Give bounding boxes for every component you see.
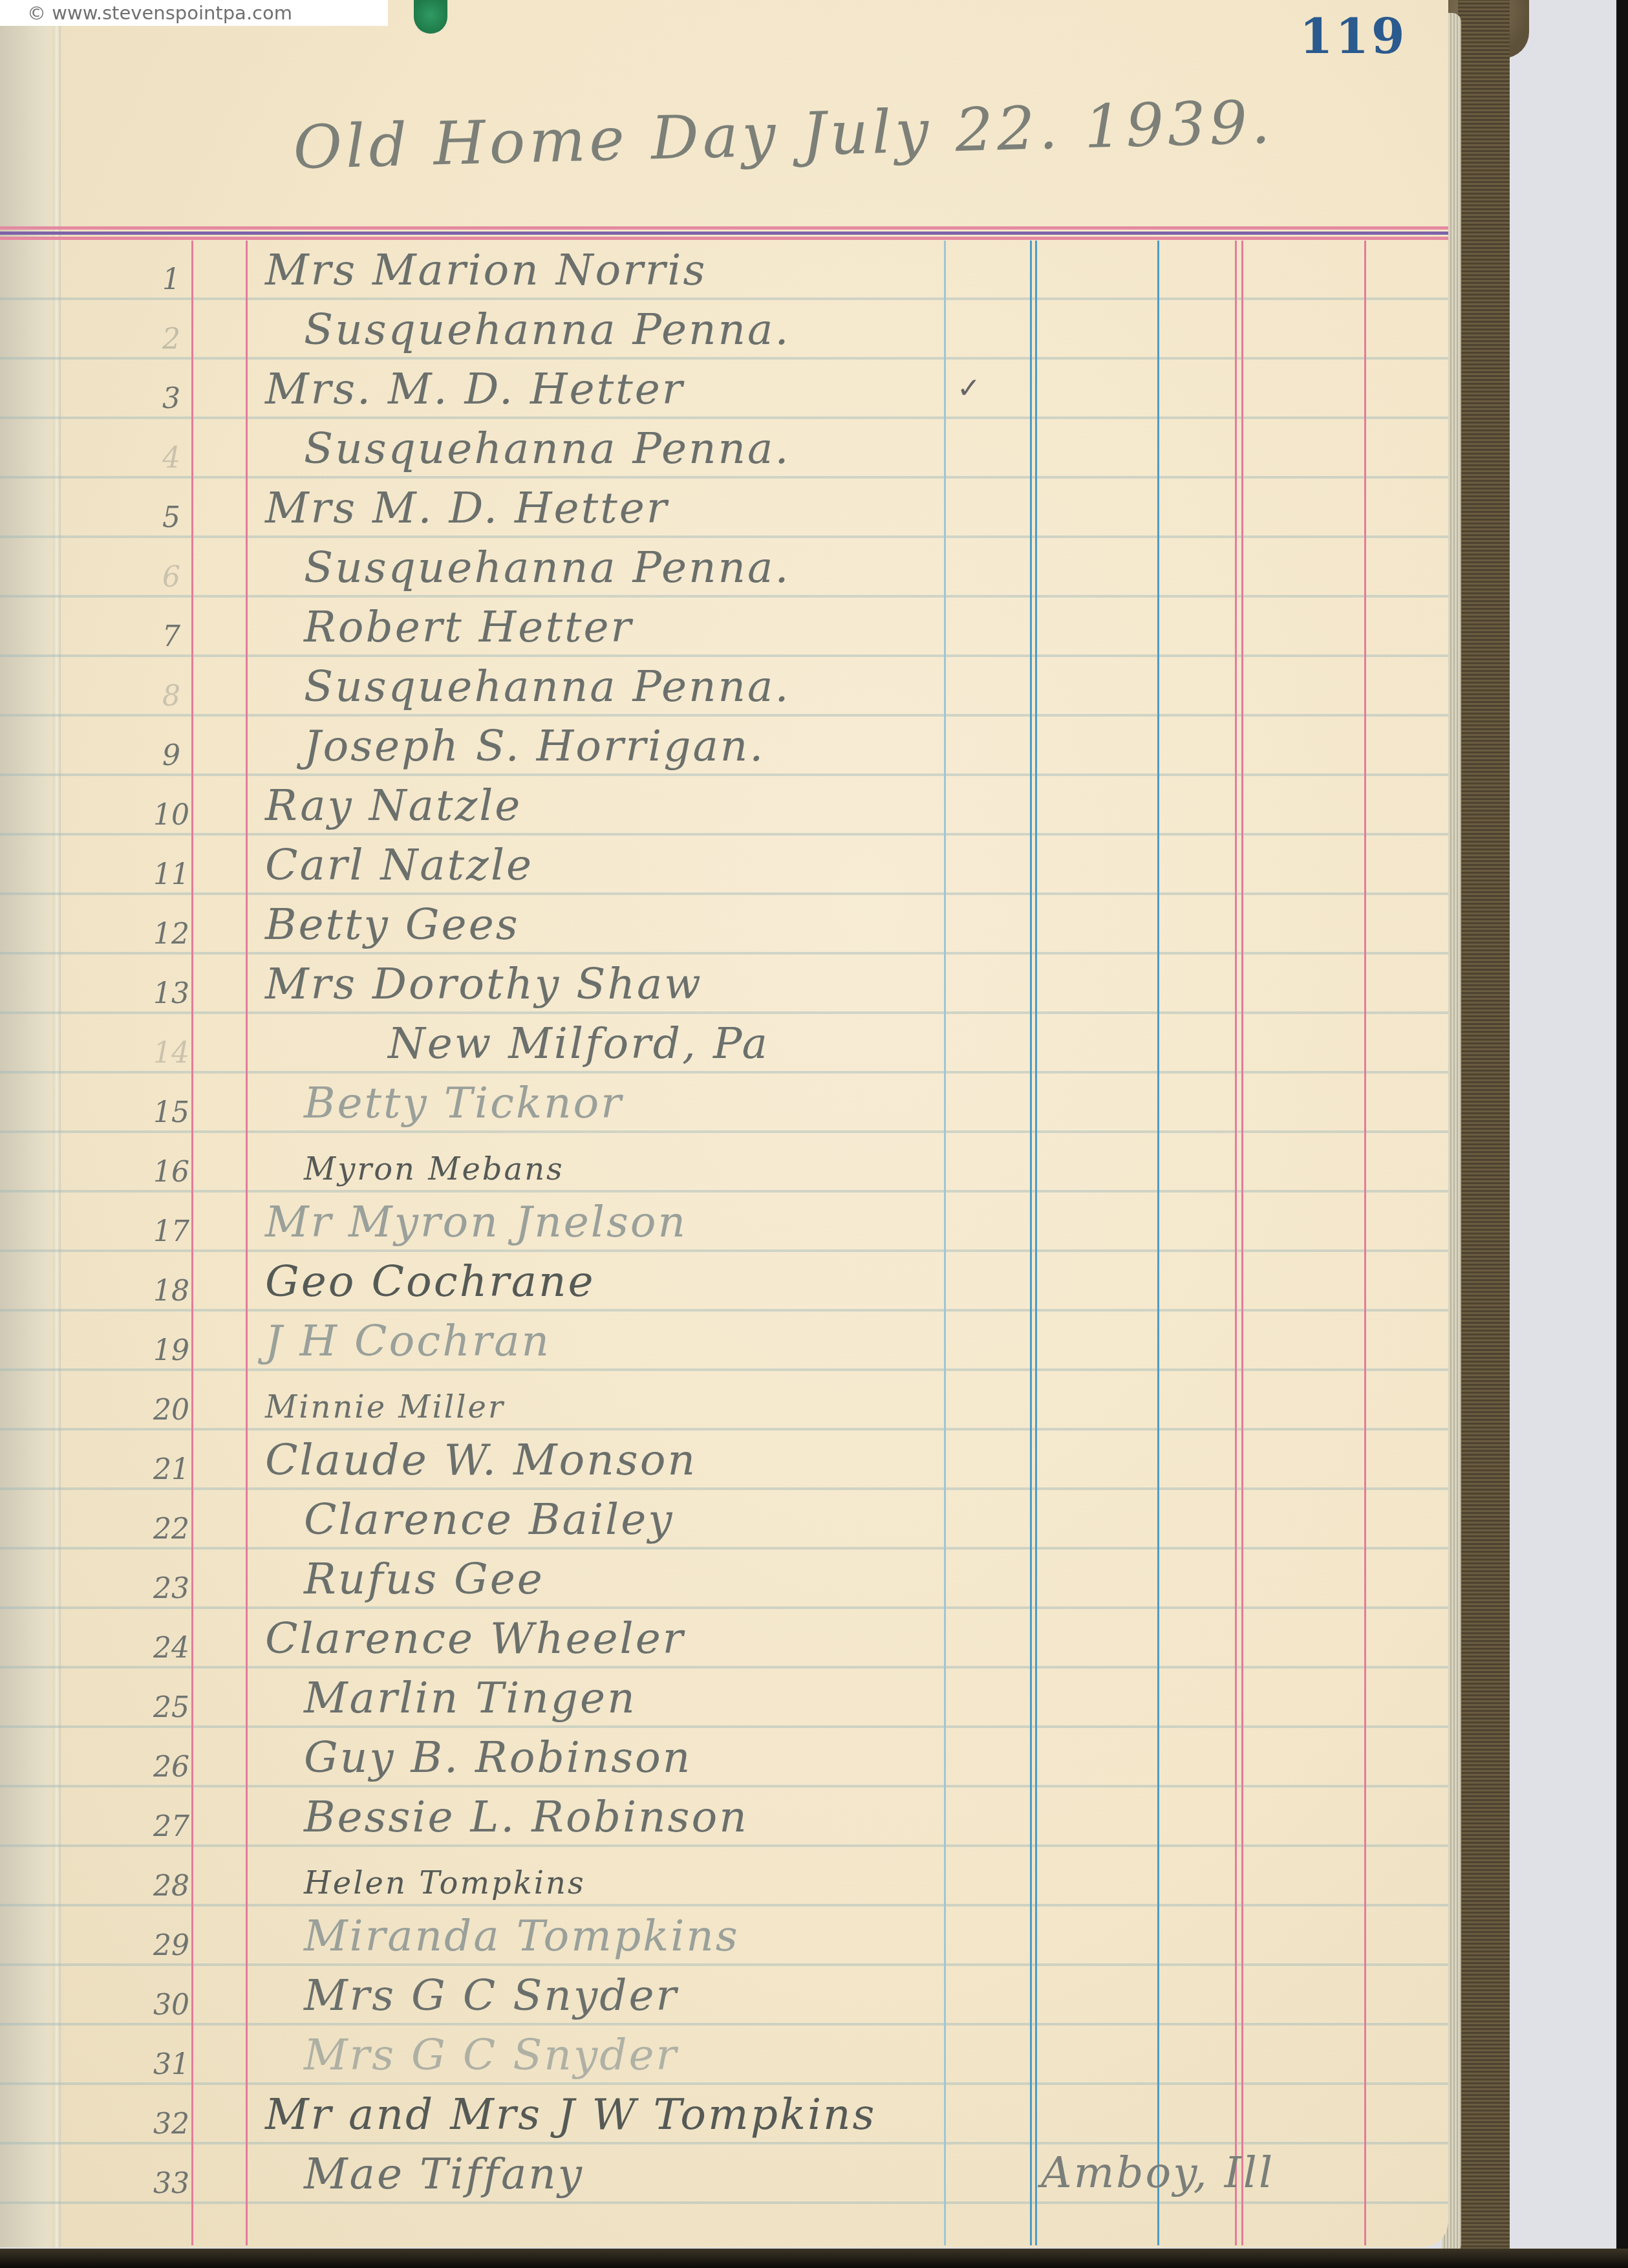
line-number: 6: [149, 561, 194, 594]
ink-blot: [414, 0, 447, 34]
list-item: 26 Guy B. Robinson: [0, 1728, 1448, 1787]
entry-text: Marlin Tingen: [304, 1673, 637, 1723]
list-item: 32 Mr and Mrs J W Tompkins: [0, 2085, 1448, 2144]
line-number: 5: [149, 501, 194, 534]
line-number: 10: [149, 799, 194, 832]
list-item: 28 Helen Tompkins: [0, 1847, 1448, 1906]
list-item: 17 Mr Myron Jnelson: [0, 1193, 1448, 1252]
entry-text: Mrs M. D. Hetter: [265, 483, 669, 533]
list-item: 6 Susquehanna Penna.: [0, 538, 1448, 598]
scan-bottom-shadow: [0, 2249, 1628, 2268]
list-item: 23 Rufus Gee: [0, 1550, 1448, 1609]
copyright-watermark: © www.stevenspointpa.com: [0, 0, 388, 26]
entry-text: Susquehanna Penna.: [304, 305, 790, 354]
entry-text: Susquehanna Penna.: [304, 424, 790, 473]
entry-text: Mr and Mrs J W Tompkins: [265, 2090, 876, 2139]
header-rule: [0, 226, 1448, 241]
entry-text: Joseph S. Horrigan.: [304, 721, 765, 771]
entry-text: Miranda Tompkins: [304, 1911, 740, 1961]
list-item: 10 Ray Natzle: [0, 776, 1448, 836]
line-number: 1: [149, 263, 194, 296]
line-number: 18: [149, 1275, 194, 1308]
line-number: 15: [149, 1096, 194, 1129]
entry-text: Betty Gees: [265, 900, 520, 949]
entry-text: Claude W. Monson: [265, 1435, 697, 1485]
entry-text: Susquehanna Penna.: [304, 662, 790, 711]
list-item: 4 Susquehanna Penna.: [0, 419, 1448, 479]
entry-text: Mrs. M. D. Hetter: [265, 364, 684, 414]
page-number: 119: [1300, 9, 1407, 65]
entry-text: Guy B. Robinson: [304, 1733, 692, 1782]
list-item: 8 Susquehanna Penna.: [0, 657, 1448, 717]
list-item: 20 Minnie Miller: [0, 1371, 1448, 1431]
line-number: 26: [149, 1751, 194, 1784]
entry-text: Susquehanna Penna.: [304, 543, 790, 592]
line-number: 25: [149, 1691, 194, 1724]
entry-text: Mrs Marion Norris: [265, 245, 707, 295]
line-number: 28: [149, 1870, 194, 1903]
line-number: 17: [149, 1215, 194, 1248]
list-item: 2 Susquehanna Penna.: [0, 300, 1448, 360]
list-item: 24 Clarence Wheeler: [0, 1609, 1448, 1669]
list-item: 16 Myron Mebans: [0, 1133, 1448, 1193]
list-item: 11 Carl Natzle: [0, 836, 1448, 895]
entry-text: Robert Hetter: [304, 602, 633, 652]
list-item: 29 Miranda Tompkins: [0, 1906, 1448, 1966]
line-number: 33: [149, 2167, 194, 2200]
list-item: 12 Betty Gees: [0, 895, 1448, 955]
list-item: 30 Mrs G C Snyder: [0, 1966, 1448, 2025]
book-spine-cloth: [1458, 0, 1510, 2257]
line-number: 24: [149, 1632, 194, 1665]
entry-text: Clarence Wheeler: [265, 1614, 685, 1663]
line-number: 23: [149, 1572, 194, 1605]
line-number: 9: [149, 739, 194, 772]
line-number: 16: [149, 1156, 194, 1189]
list-item: 14 New Milford, Pa: [0, 1014, 1448, 1074]
entry-text: J H Cochran: [265, 1316, 551, 1366]
entry-text: New Milford, Pa: [388, 1019, 769, 1068]
line-number: 27: [149, 1810, 194, 1843]
page-heading: Old Home Day July 22. 1939.: [292, 87, 1274, 182]
line-number: 31: [149, 2048, 194, 2081]
entry-text: Carl Natzle: [265, 840, 533, 890]
scan-frame-edge: [1616, 0, 1628, 2268]
line-number: 2: [149, 323, 194, 356]
entry-place: Amboy, Ill: [1041, 2148, 1274, 2198]
list-item: 1 Mrs Marion Norris: [0, 241, 1448, 300]
list-item: 18 Geo Cochrane: [0, 1252, 1448, 1312]
entry-text: Clarence Bailey: [304, 1495, 674, 1544]
line-number: 4: [149, 442, 194, 475]
entry-text: Minnie Miller: [265, 1389, 505, 1425]
entry-text: Mr Myron Jnelson: [265, 1197, 687, 1247]
list-item: 13 Mrs Dorothy Shaw: [0, 955, 1448, 1014]
list-item: 22 Clarence Bailey: [0, 1490, 1448, 1550]
line-number: 21: [149, 1453, 194, 1486]
line-number: 11: [149, 858, 194, 891]
entry-text: Myron Mebans: [304, 1151, 564, 1187]
entry-text: Ray Natzle: [265, 781, 522, 830]
line-number: 3: [149, 382, 194, 415]
ledger-page: 119 Old Home Day July 22. 1939. 1 Mrs Ma…: [0, 0, 1448, 2247]
entry-text: Bessie L. Robinson: [304, 1792, 749, 1842]
ledger-scan: 119 Old Home Day July 22. 1939. 1 Mrs Ma…: [0, 0, 1628, 2268]
line-number: 12: [149, 918, 194, 951]
entry-text: Mrs G C Snyder: [304, 2030, 678, 2080]
line-number: 32: [149, 2108, 194, 2141]
list-item: 9 Joseph S. Horrigan.: [0, 717, 1448, 776]
list-item: 31 Mrs G C Snyder: [0, 2025, 1448, 2085]
list-item: 15 Betty Ticknor: [0, 1074, 1448, 1133]
list-item: 33 Mae Tiffany Amboy, Ill: [0, 2144, 1448, 2204]
entry-text: Mrs Dorothy Shaw: [265, 959, 703, 1009]
list-item: 21 Claude W. Monson: [0, 1431, 1448, 1490]
entry-text: Betty Ticknor: [304, 1078, 623, 1128]
list-item: 3 Mrs. M. D. Hetter ✓: [0, 360, 1448, 419]
line-number: 14: [149, 1037, 194, 1070]
list-item: 5 Mrs M. D. Hetter: [0, 479, 1448, 538]
line-number: 19: [149, 1334, 194, 1367]
entry-text: Helen Tompkins: [304, 1865, 586, 1901]
entry-text: Geo Cochrane: [265, 1257, 595, 1306]
list-item: 19 J H Cochran: [0, 1312, 1448, 1371]
list-item: 7 Robert Hetter: [0, 598, 1448, 657]
line-number: 22: [149, 1513, 194, 1546]
entry-text: Mrs G C Snyder: [304, 1971, 678, 2020]
list-item: 25 Marlin Tingen: [0, 1669, 1448, 1728]
line-number: 30: [149, 1989, 194, 2022]
line-number: 7: [149, 620, 194, 653]
entry-text: Rufus Gee: [304, 1554, 544, 1604]
check-mark-icon: ✓: [957, 372, 981, 405]
line-number: 13: [149, 977, 194, 1010]
line-number: 29: [149, 1929, 194, 1962]
line-number: 8: [149, 680, 194, 713]
list-item: 27 Bessie L. Robinson: [0, 1787, 1448, 1847]
line-number: 20: [149, 1394, 194, 1427]
entry-text: Mae Tiffany: [304, 2149, 584, 2199]
